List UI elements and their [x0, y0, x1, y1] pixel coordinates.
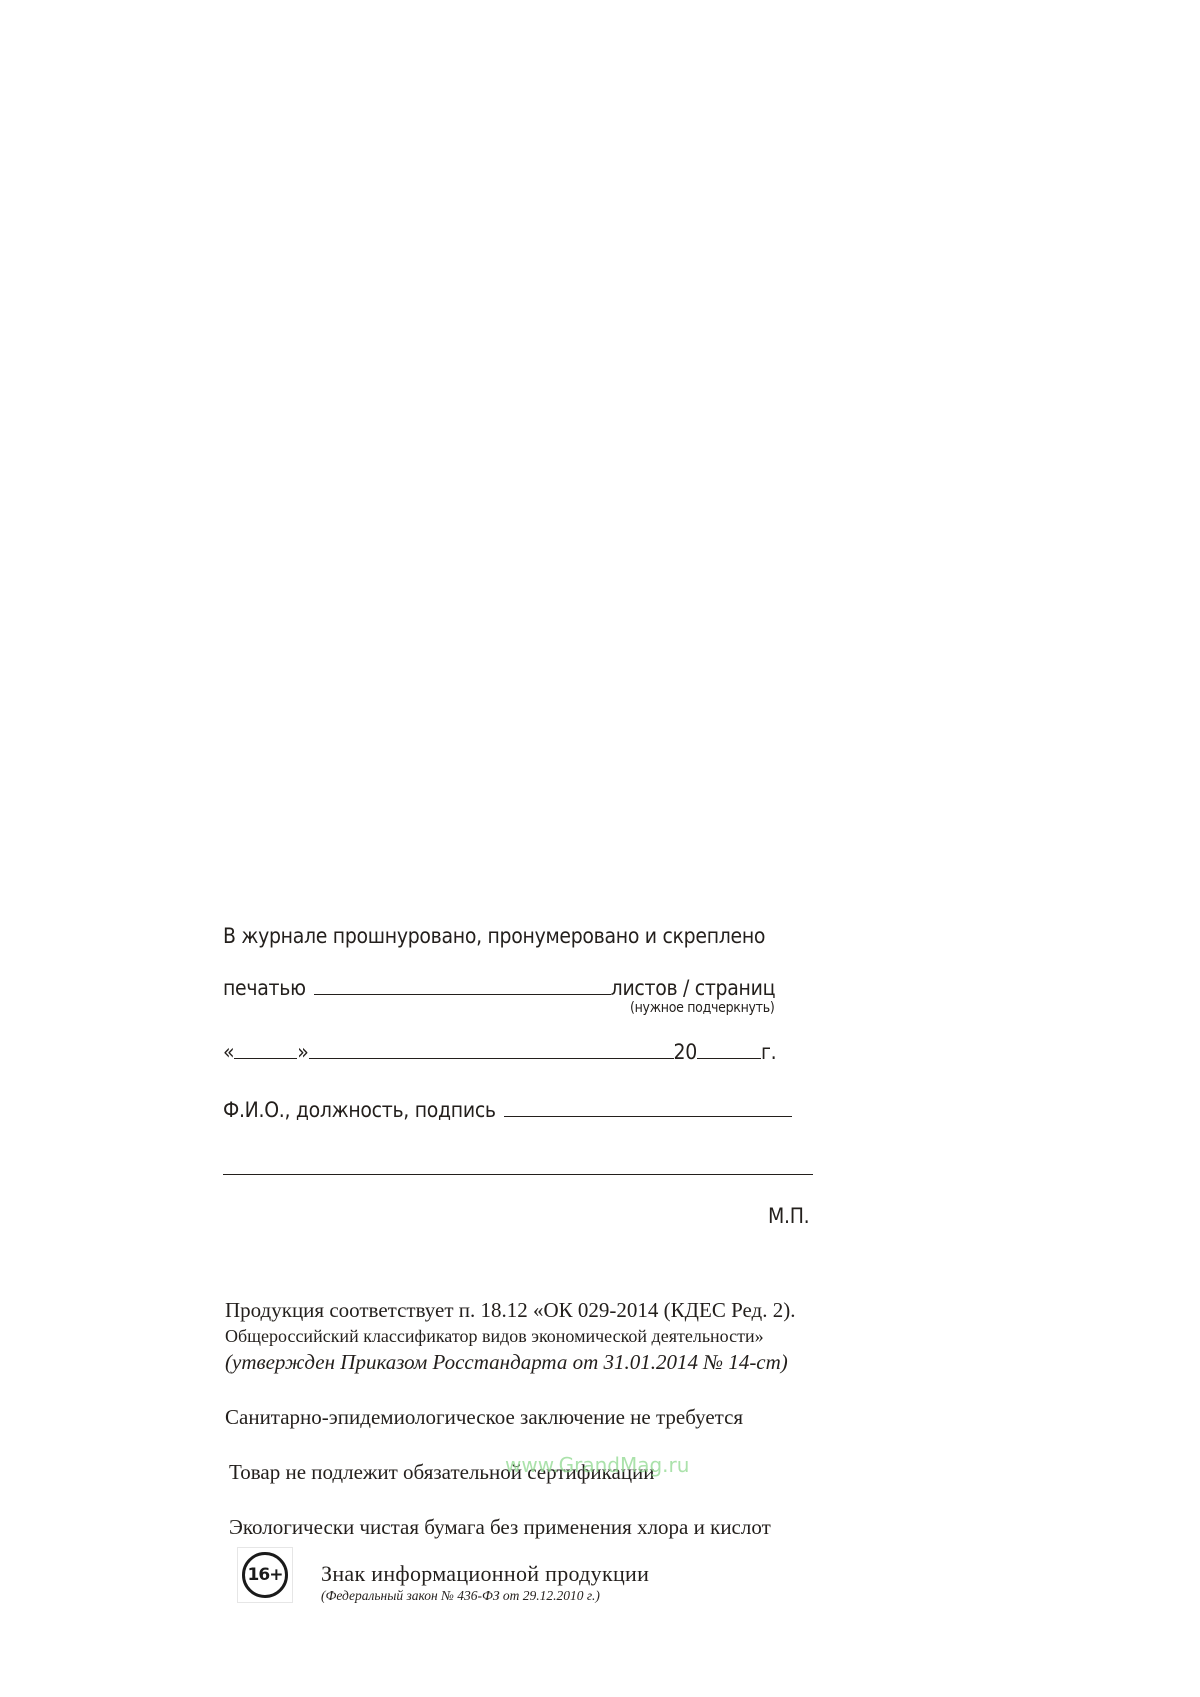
compliance-line-2: Общероссийский классификатор видов эконо… — [225, 1326, 764, 1347]
date-year-prefix: 20 — [674, 1040, 697, 1064]
info-sign-law: (Федеральный закон № 436-ФЗ от 29.12.201… — [321, 1588, 600, 1604]
age-rating-16-plus-icon: 16+ — [242, 1552, 288, 1598]
date-year-suffix: г. — [761, 1040, 776, 1064]
sheets-count-field[interactable] — [314, 993, 611, 995]
underline-hint: (нужное подчеркнуть) — [630, 1000, 774, 1016]
signature-line: Ф.И.О., должность, подпись — [223, 1092, 792, 1122]
sheets-pages-label: листов / страниц — [611, 976, 775, 1000]
compliance-line-3: (утвержден Приказом Росстандарта от 31.0… — [225, 1350, 788, 1375]
seal-label: печатью — [223, 976, 306, 1000]
date-year-field[interactable] — [697, 1057, 761, 1059]
binding-statement: В журнале прошнуровано, пронумеровано и … — [223, 918, 765, 948]
binding-statement-text: В журнале прошнуровано, пронумеровано и … — [223, 924, 765, 948]
signature-extra-line — [223, 1150, 813, 1180]
sanitary-note: Санитарно-эпидемиологическое заключение … — [225, 1405, 743, 1430]
date-close-quote: » — [297, 1040, 308, 1064]
ecology-note: Экологически чистая бумага без применени… — [229, 1515, 771, 1540]
info-sign-title: Знак информационной продукции — [321, 1561, 649, 1587]
signature-label: Ф.И.О., должность, подпись — [223, 1098, 496, 1122]
age-rating-badge: 16+ — [237, 1547, 293, 1603]
watermark: www.GrandMag.ru — [505, 1453, 689, 1477]
compliance-line-1: Продукция соответствует п. 18.12 «ОК 029… — [225, 1298, 795, 1323]
signature-extra-field[interactable] — [223, 1173, 813, 1175]
date-open-quote: « — [223, 1040, 234, 1064]
date-line: « » 20 г. — [223, 1034, 776, 1064]
date-month-field[interactable] — [309, 1057, 674, 1059]
sheets-count-line: печатью листов / страниц — [223, 970, 775, 1000]
date-day-field[interactable] — [234, 1057, 297, 1059]
stamp-place-label: М.П. — [768, 1204, 809, 1228]
signature-field[interactable] — [504, 1115, 792, 1117]
